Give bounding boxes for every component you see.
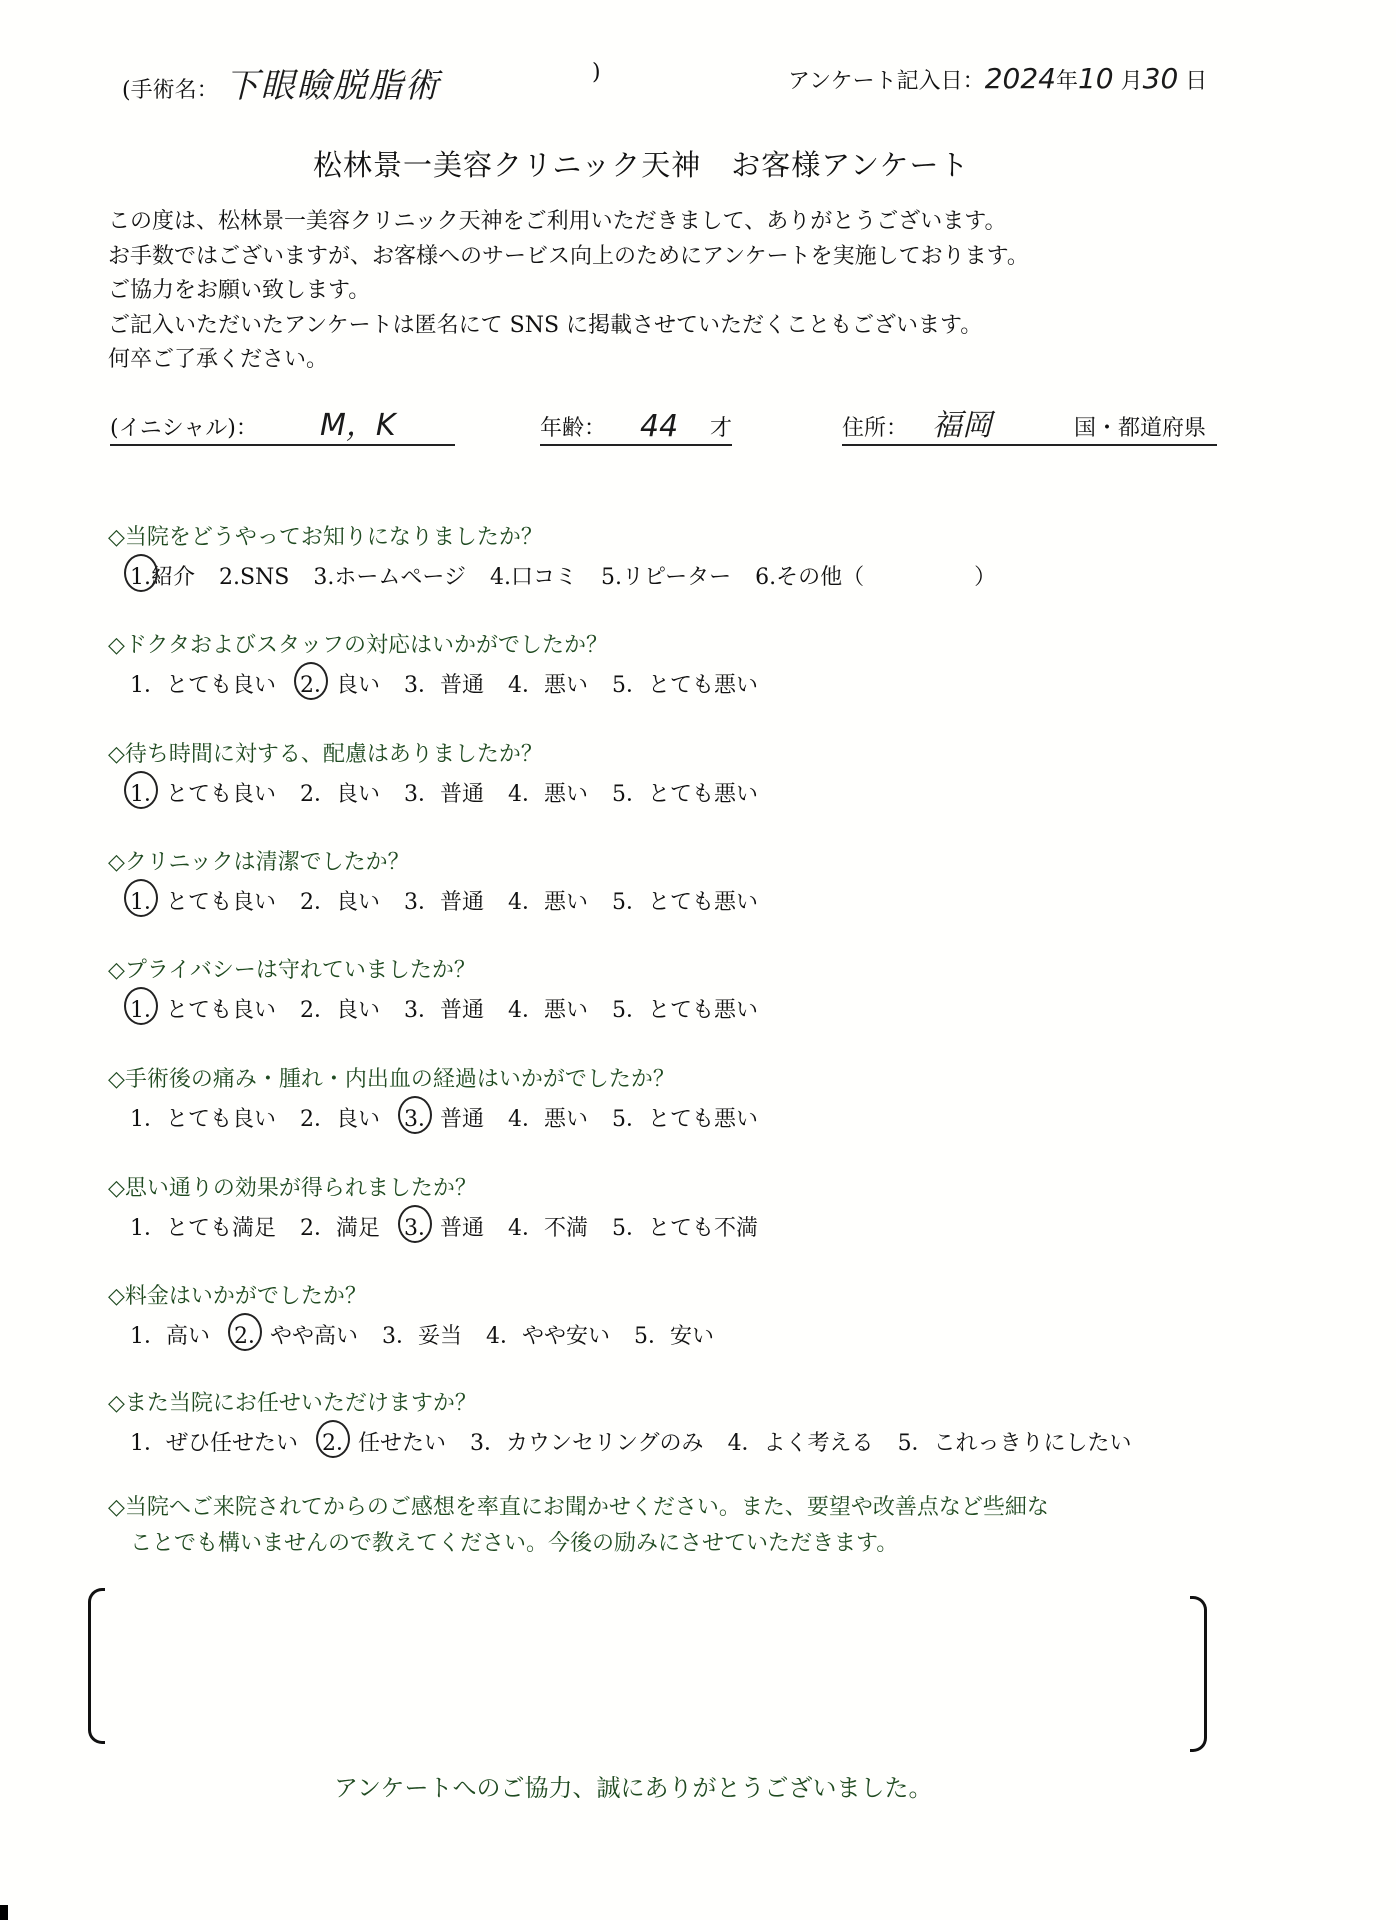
intro-line: 何卒ご了承ください。: [108, 343, 1029, 378]
answer-option-selected[interactable]: 1.紹介: [130, 560, 195, 591]
answer-options: 1．高い2．やや高い3．妥当4．やや安い5．安い: [130, 1319, 738, 1350]
answer-option[interactable]: 1．とても満足: [130, 1211, 276, 1242]
answer-option[interactable]: 5．とても不満: [612, 1211, 758, 1242]
comment-prompt-line: ◇当院へご来院されてからのご感想を率直にお聞かせください。また、要望や改善点など…: [108, 1490, 1049, 1526]
comment-prompt: ◇当院へご来院されてからのご感想を率直にお聞かせください。また、要望や改善点など…: [108, 1490, 1049, 1562]
answer-option[interactable]: 5．とても悪い: [612, 885, 758, 916]
answer-option-selected[interactable]: 3．普通: [404, 1102, 484, 1133]
answer-option[interactable]: 4．やや安い: [486, 1319, 610, 1350]
initial-field[interactable]: (イニシャル)： M，K: [110, 408, 455, 446]
question-text: ◇当院をどうやってお知りになりましたか？: [108, 520, 543, 551]
answer-option[interactable]: 1．とても良い: [130, 1102, 276, 1133]
question-text: ◇思い通りの効果が得られましたか？: [108, 1171, 477, 1202]
answer-option[interactable]: 5．とても悪い: [612, 777, 758, 808]
answer-option[interactable]: 4．悪い: [508, 668, 588, 699]
thank-you-message: アンケートへのご協力、誠にありがとうございました。: [334, 1768, 933, 1803]
answer-option[interactable]: 3．普通: [404, 885, 484, 916]
date-day[interactable]: 30: [1143, 62, 1179, 95]
answer-option[interactable]: 2．良い: [300, 993, 380, 1024]
answer-option[interactable]: 4．悪い: [508, 885, 588, 916]
answer-option[interactable]: 1．ぜひ任せたい: [130, 1426, 298, 1457]
answer-options: 1．とても良い2．良い3．普通4．悪い5．とても悪い: [130, 885, 782, 916]
answer-option[interactable]: 2.SNS: [219, 565, 289, 590]
question-text: ◇クリニックは清潔でしたか？: [108, 845, 410, 876]
answer-option-selected[interactable]: 2．やや高い: [234, 1319, 358, 1350]
question-text: ◇手術後の痛み・腫れ・内出血の経過はいかがでしたか？: [108, 1062, 675, 1093]
surgery-name-field: (手術名：下眼瞼脱脂術 ): [122, 58, 441, 107]
month-unit: 月: [1121, 69, 1143, 94]
answer-options: 1.紹介2.SNS3.ホームページ4.口コミ5.リピーター6.その他（ ）: [130, 560, 1020, 591]
address-label: 住所：: [842, 411, 908, 442]
answer-option[interactable]: 4.口コミ: [490, 560, 577, 591]
answer-option[interactable]: 3．カウンセリングのみ: [470, 1426, 704, 1457]
answer-option[interactable]: 5.リピーター: [601, 560, 731, 591]
answer-option-selected[interactable]: 2．良い: [300, 668, 380, 699]
answer-option[interactable]: 3．妥当: [382, 1319, 462, 1350]
surgery-name-value[interactable]: 下眼瞼脱脂術: [225, 66, 441, 106]
answer-option-selected[interactable]: 1．とても良い: [130, 777, 276, 808]
answer-options: 1．ぜひ任せたい2．任せたい3．カウンセリングのみ4．よく考える5．これっきりに…: [130, 1426, 1156, 1457]
survey-date-field: アンケート記入日：2024年10 月30 日: [788, 62, 1207, 95]
answer-option[interactable]: 3．普通: [404, 668, 484, 699]
question-text: ◇プライバシーは守れていましたか？: [108, 953, 476, 984]
date-label: アンケート記入日：: [788, 69, 985, 94]
answer-option-selected[interactable]: 3．普通: [404, 1211, 484, 1242]
answer-option[interactable]: 1．とても良い: [130, 668, 276, 699]
answer-option[interactable]: 4．悪い: [508, 1102, 588, 1133]
answer-option[interactable]: 4．よく考える: [728, 1426, 874, 1457]
day-unit: 日: [1185, 69, 1207, 94]
question-text: ◇料金はいかがでしたか？: [108, 1279, 367, 1310]
answer-option[interactable]: 5．これっきりにしたい: [898, 1426, 1132, 1457]
intro-line: この度は、松林景一美容クリニック天神をご利用いただきまして、ありがとうございます…: [108, 205, 1029, 240]
date-month[interactable]: 10: [1078, 62, 1114, 95]
answer-option[interactable]: 1．高い: [130, 1319, 210, 1350]
answer-options: 1．とても良い2．良い3．普通4．悪い5．とても悪い: [130, 993, 782, 1024]
answer-option[interactable]: 2．良い: [300, 1102, 380, 1133]
answer-options: 1．とても良い2．良い3．普通4．悪い5．とても悪い: [130, 777, 782, 808]
answer-option[interactable]: 5．とても悪い: [612, 1102, 758, 1133]
answer-options: 1．とても良い2．良い3．普通4．悪い5．とても悪い: [130, 1102, 782, 1133]
answer-option[interactable]: 5．とても悪い: [612, 668, 758, 699]
answer-option[interactable]: 4．不満: [508, 1211, 588, 1242]
answer-option[interactable]: 5．安い: [634, 1319, 714, 1350]
answer-option[interactable]: 2．満足: [300, 1211, 380, 1242]
answer-option[interactable]: 3．普通: [404, 777, 484, 808]
answer-option[interactable]: 2．良い: [300, 777, 380, 808]
page-title: 松林景一美容クリニック天神 お客様アンケート: [313, 143, 970, 184]
intro-text: この度は、松林景一美容クリニック天神をご利用いただきまして、ありがとうございます…: [108, 205, 1029, 378]
scan-edge-mark: [0, 1905, 8, 1920]
question-text: ◇また当院にお任せいただけますか？: [108, 1386, 477, 1417]
date-year[interactable]: 2024: [985, 62, 1056, 95]
answer-option[interactable]: 3.ホームページ: [313, 560, 466, 591]
answer-option[interactable]: 4．悪い: [508, 993, 588, 1024]
year-unit: 年: [1056, 69, 1078, 94]
comment-box-left-bracket: [88, 1588, 105, 1744]
answer-option[interactable]: 3．普通: [404, 993, 484, 1024]
comment-box[interactable]: [110, 1600, 1180, 1730]
intro-line: ご協力をお願い致します。: [108, 274, 1029, 309]
surgery-name-label: (手術名：: [122, 78, 219, 103]
intro-line: ご記入いただいたアンケートは匿名にて SNS に掲載させていただくこともございま…: [108, 309, 1029, 344]
initial-value: M，K: [320, 400, 396, 444]
answer-option-selected[interactable]: 1．とても良い: [130, 993, 276, 1024]
age-label: 年齢：: [540, 411, 606, 442]
answer-options: 1．とても満足2．満足3．普通4．不満5．とても不満: [130, 1211, 782, 1242]
answer-option[interactable]: 5．とても悪い: [612, 993, 758, 1024]
answer-option-selected[interactable]: 1．とても良い: [130, 885, 276, 916]
age-field[interactable]: 年齢： 44 才: [540, 408, 732, 446]
address-unit: 国・都道府県: [1074, 411, 1206, 442]
intro-line: お手数ではございますが、お客様へのサービス向上のためにアンケートを実施しておりま…: [108, 240, 1029, 275]
answer-option[interactable]: 6.その他（ ）: [755, 560, 996, 591]
answer-options: 1．とても良い2．良い3．普通4．悪い5．とても悪い: [130, 668, 782, 699]
question-text: ◇ドクタおよびスタッフの対応はいかがでしたか？: [108, 628, 608, 659]
comment-prompt-line: ことでも構いませんので教えてください。今後の励みにさせていただきます。: [108, 1526, 1049, 1562]
age-unit: 才: [710, 411, 732, 442]
initial-label: (イニシャル)：: [110, 411, 258, 442]
age-value: 44: [640, 409, 678, 444]
address-field[interactable]: 住所： 福岡 国・都道府県: [842, 408, 1217, 446]
address-value: 福岡: [932, 400, 992, 444]
answer-option[interactable]: 4．悪い: [508, 777, 588, 808]
question-text: ◇待ち時間に対する、配慮はありましたか？: [108, 737, 543, 768]
surgery-name-close: ): [592, 60, 601, 85]
answer-option[interactable]: 2．良い: [300, 885, 380, 916]
answer-option-selected[interactable]: 2．任せたい: [322, 1426, 446, 1457]
comment-box-right-bracket: [1190, 1596, 1207, 1752]
